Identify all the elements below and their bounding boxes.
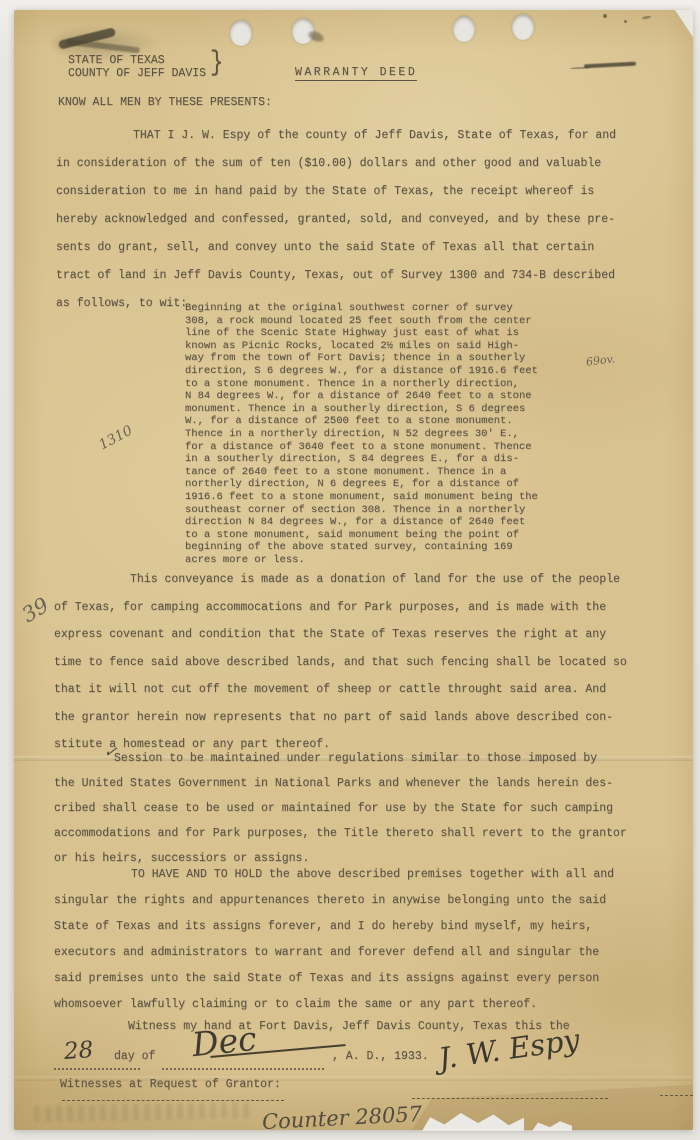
counter-annotation: Counter 28057 [261,1102,422,1134]
paragraph-session: Session to be maintained under regulatio… [54,746,656,871]
day-of-label: day of [114,1050,155,1063]
witnesses-label: Witnesses at Request of Grantor: [60,1078,281,1091]
torn-corner [673,10,693,37]
ink-smudge [307,29,325,43]
hole-punch [512,14,534,40]
witness-signature-line [412,1098,608,1099]
brace-mark: } [210,47,223,78]
witness-signature-line [62,1100,284,1101]
day-underline [54,1068,140,1070]
scanned-deed-screenshot: { "document": { "header": { "state_line"… [0,0,700,1140]
paragraph-habendum: TO HAVE AND TO HOLD the above described … [54,862,656,1018]
deed-title: WARRANTY DEED [295,66,417,81]
hole-punch [230,20,252,46]
right-margin-annotation: 69ov. [585,352,615,368]
month-underline [162,1068,324,1070]
year-text: , A. D., 1933. [332,1050,429,1063]
handwritten-month: Dec [190,1019,258,1065]
handwritten-day: 28 [63,1037,94,1065]
pencil-scribble [584,62,636,69]
pencil-dot [624,20,627,23]
county-line: COUNTY OF JEFF DAVIS [68,67,206,80]
state-line: STATE OF TEXAS [68,54,165,67]
paragraph-conveyance: This conveyance is made as a donation of… [54,566,656,759]
hole-punch [453,16,475,42]
pencil-mark [642,15,651,20]
legal-description-block: Beginning at the original southwest corn… [185,302,575,566]
opening-line: KNOW ALL MEN BY THESE PRESENTS: [58,96,272,109]
pencil-dot [603,14,607,18]
left-margin-annotation-lower: 39 [18,593,53,628]
edge-dash-mark [660,1095,693,1096]
left-margin-annotation-upper: 1310 [96,423,135,454]
pencil-scribble [570,66,590,69]
ghost-text-smudge [34,1102,249,1122]
deed-paper: STATE OF TEXAS COUNTY OF JEFF DAVIS } WA… [14,10,693,1130]
paragraph-consideration: THAT I J. W. Espy of the county of Jeff … [56,122,658,318]
